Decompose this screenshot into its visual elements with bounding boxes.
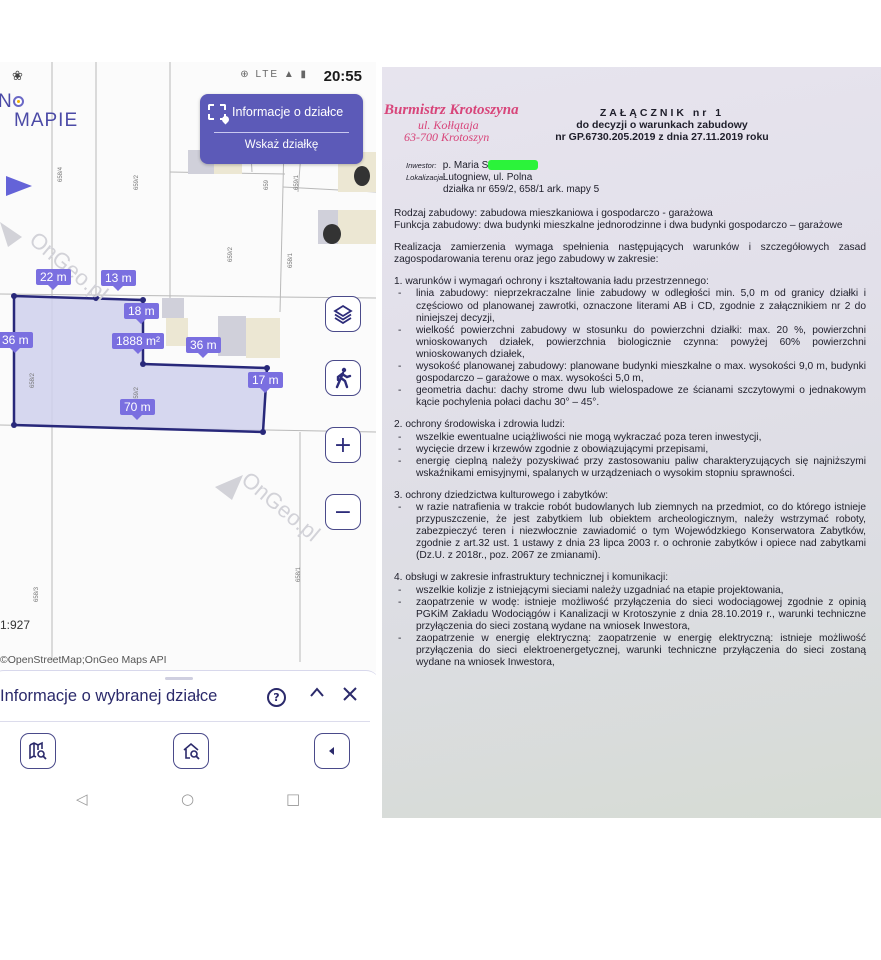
- status-icons: ⊕ LTE ▲ ▮: [240, 69, 308, 80]
- section-heading: 2. ochrony środowiska i zdrowia ludzi:: [394, 419, 866, 431]
- list-item: linia zabudowy: nieprzekraczalne linie z…: [394, 288, 866, 324]
- app-logo: N MAPIE: [0, 92, 78, 130]
- nav-recents-button[interactable]: □: [286, 790, 300, 808]
- office-stamp: Burmistrz Krotoszyna ul. Kołłątaja 63-70…: [384, 103, 519, 144]
- sheet-drag-handle[interactable]: [165, 677, 193, 680]
- map-search-icon: [28, 741, 48, 761]
- list-item: wszelkie kolizje z istniejącymi sieciami…: [394, 585, 866, 597]
- section-heading: 3. ochrony dziedzictwa kulturowego i zab…: [394, 490, 866, 502]
- zoom-out-button[interactable]: −: [325, 494, 361, 530]
- svg-text:658/2: 658/2: [30, 372, 36, 388]
- watermark: OnGeo.pl: [237, 467, 325, 547]
- building-type: Rodzaj zabudowy: zabudowa mieszkaniowa i…: [394, 208, 866, 220]
- list-item: wycięcie drzew i krzewów zgodnie z obowi…: [394, 444, 866, 456]
- redaction-mark: [488, 160, 538, 170]
- location-value: Lutogniew, ul. Polna: [443, 172, 533, 183]
- dimension-label: 36 m: [186, 337, 221, 353]
- back-icon: [326, 745, 338, 757]
- close-button[interactable]: [342, 683, 358, 707]
- intro-paragraph: Realizacja zamierzenia wymaga spełnienia…: [394, 242, 866, 266]
- document-title: ZAŁĄCZNIK nr 1: [512, 107, 812, 119]
- status-bar: ❀ ⊕ LTE ▲ ▮ 20:55: [0, 62, 376, 90]
- layers-button[interactable]: [325, 296, 361, 332]
- logo-text-1: N: [0, 91, 13, 112]
- help-button[interactable]: ?: [267, 688, 286, 707]
- svg-text:658/4: 658/4: [58, 166, 64, 182]
- dimension-label: 70 m: [120, 399, 155, 415]
- document-header: ZAŁĄCZNIK nr 1 do decyzji o warunkach za…: [512, 107, 812, 143]
- layers-icon: [333, 304, 353, 324]
- investor-value: p. Maria S: [443, 160, 489, 171]
- building-function: Funkcja zabudowy: dwa budynki mieszkalne…: [394, 220, 866, 232]
- phone-screenshot: OnGeo.pl OnGeo.pl 658/4 659/2 659 659/1 …: [0, 62, 376, 818]
- expand-button[interactable]: [308, 683, 326, 704]
- divider: [214, 132, 349, 133]
- select-parcel-icon: [208, 104, 226, 120]
- home-search-button[interactable]: [173, 733, 209, 769]
- list-item: wysokość planowanej zabudowy: planowane …: [394, 361, 866, 385]
- dimension-label: 13 m: [101, 270, 136, 286]
- svg-text:659/2: 659/2: [134, 174, 140, 190]
- back-button[interactable]: [314, 733, 350, 769]
- document-body: Rodzaj zabudowy: zabudowa mieszkaniowa i…: [394, 208, 866, 669]
- nav-back-button[interactable]: ◁: [76, 790, 88, 808]
- svg-text:658/1: 658/1: [288, 252, 294, 268]
- android-nav-bar: ◁ ○ □: [0, 784, 376, 818]
- dimension-label: 18 m: [124, 303, 159, 319]
- svg-text:658/3: 658/3: [34, 586, 40, 602]
- zoom-in-button[interactable]: +: [325, 427, 361, 463]
- area-label: 1888 m²: [112, 333, 164, 349]
- map-view[interactable]: OnGeo.pl OnGeo.pl 658/4 659/2 659 659/1 …: [0, 62, 376, 672]
- walking-person-icon: [333, 367, 353, 389]
- close-icon: [342, 686, 358, 702]
- indicate-parcel-button[interactable]: Wskaż działkę: [200, 139, 363, 151]
- parcel-info-button[interactable]: Informacje o działce: [208, 104, 343, 120]
- list-item: energię cieplną należy pozyskiwać przy z…: [394, 456, 866, 480]
- map-search-button[interactable]: [20, 733, 56, 769]
- help-icon: ?: [273, 691, 279, 704]
- dimension-label: 36 m: [0, 332, 33, 348]
- list-item: wielkość powierzchni zabudowy w stosunku…: [394, 325, 866, 361]
- list-item: geometria dachu: dachy strome dwu lub wi…: [394, 385, 866, 409]
- location-label: Lokalizacja:: [406, 173, 440, 182]
- list-item: zaopatrzenie w energię elektryczną: zaop…: [394, 633, 866, 669]
- decision-number: nr GP.6730.205.2019 z dnia 27.11.2019 ro…: [512, 131, 812, 143]
- list-item: w razie natrafienia w trakcie robót budo…: [394, 502, 866, 562]
- stamp-line: 63-700 Krotoszyn: [384, 131, 519, 144]
- svg-text:659: 659: [264, 179, 270, 190]
- document-meta: Inwestor: p. Maria S Lokalizacja: Lutogn…: [406, 160, 599, 196]
- dimension-label: 22 m: [36, 269, 71, 285]
- document-photo: Burmistrz Krotoszyna ul. Kołłątaja 63-70…: [382, 67, 881, 818]
- parcel-info-panel: Informacje o działce Wskaż działkę: [200, 94, 363, 164]
- svg-text:658/1: 658/1: [296, 566, 302, 582]
- parcel-info-sheet: Informacje o wybranej działce ?: [0, 670, 376, 780]
- document-subtitle: do decyzji o warunkach zabudowy: [512, 119, 812, 131]
- location-parcel: działka nr 659/2, 658/1 ark. mapy 5: [406, 184, 599, 196]
- logo-pin-icon: [13, 96, 24, 107]
- nav-home-button[interactable]: ○: [181, 790, 194, 808]
- investor-label: Inwestor:: [406, 161, 440, 170]
- section-heading: 1. warunków i wymagań ochrony i kształto…: [394, 276, 866, 288]
- svg-text:659/1: 659/1: [294, 174, 300, 190]
- stamp-line: Burmistrz Krotoszyna: [384, 103, 519, 119]
- list-item: zaopatrzenie w wodę: istnieje możliwość …: [394, 597, 866, 633]
- section-heading: 4. obsługi w zakresie infrastruktury tec…: [394, 572, 866, 584]
- svg-text:659/2: 659/2: [228, 246, 234, 262]
- street-view-button[interactable]: [325, 360, 361, 396]
- divider: [0, 721, 370, 722]
- map-scale: 1:927: [0, 618, 30, 632]
- sheet-title: Informacje o wybranej działce: [0, 687, 217, 706]
- fan-icon: ❀: [12, 68, 23, 84]
- chevron-up-icon: [308, 685, 326, 699]
- location-arrow-icon: [6, 176, 32, 196]
- logo-text-2: MAPIE: [0, 111, 78, 130]
- map-attribution[interactable]: ©OpenStreetMap;OnGeo Maps API: [0, 654, 167, 666]
- dimension-label: 17 m: [248, 372, 283, 388]
- status-time: 20:55: [324, 68, 362, 85]
- parcel-info-label: Informacje o działce: [232, 105, 343, 119]
- list-item: wszelkie ewentualne uciążliwości nie mog…: [394, 432, 866, 444]
- home-search-icon: [181, 741, 201, 761]
